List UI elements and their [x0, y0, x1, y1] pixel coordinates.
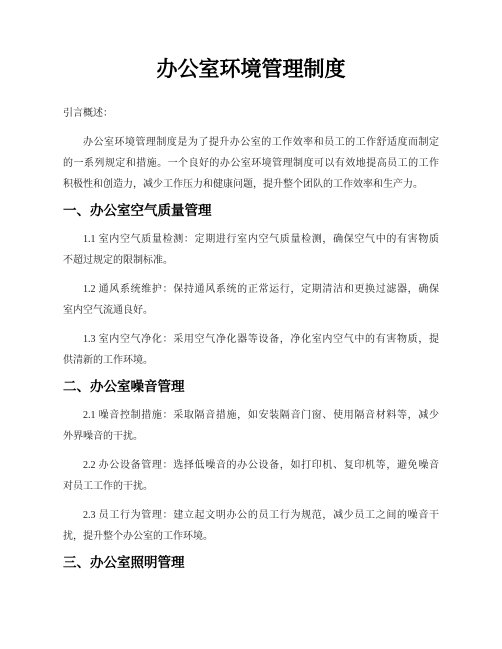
- intro-paragraph: 办公室环境管理制度是为了提升办公室的工作效率和员工的工作舒适度而制定 的一系列规…: [63, 132, 439, 195]
- paragraph-line: 2.2 办公设备管理：选择低噪音的办公设备，如打印机、复印机等，避免噪音: [63, 455, 439, 476]
- paragraph-2-1: 2.1 噪音控制措施：采取隔音措施，如安装隔音门窗、使用隔音材料等，减少 外界噪…: [63, 405, 439, 447]
- section-heading-air-quality: 一、办公室空气质量管理: [63, 201, 439, 221]
- paragraph-line: 2.3 员工行为管理：建立起文明办公的员工行为规范，减少员工之间的噪音干: [63, 505, 439, 526]
- paragraph-1-2: 1.2 通风系统维护：保持通风系统的正常运行，定期清洁和更换过滤器，确保 室内空…: [63, 279, 439, 321]
- paragraph-line: 供清新的工作环境。: [63, 350, 439, 371]
- paragraph-line: 1.1 室内空气质量检测：定期进行室内空气质量检测，确保空气中的有害物质: [63, 229, 439, 250]
- paragraph-1-1: 1.1 室内空气质量检测：定期进行室内空气质量检测，确保空气中的有害物质 不超过…: [63, 229, 439, 271]
- paragraph-line: 的一系列规定和措施。一个良好的办公室环境管理制度可以有效地提高员工的工作: [63, 153, 439, 174]
- section-heading-lighting: 三、办公室照明管理: [63, 553, 439, 573]
- paragraph-line: 1.2 通风系统维护：保持通风系统的正常运行，定期清洁和更换过滤器，确保: [63, 279, 439, 300]
- paragraph-line: 不超过规定的限制标准。: [63, 250, 439, 271]
- paragraph-2-2: 2.2 办公设备管理：选择低噪音的办公设备，如打印机、复印机等，避免噪音 对员工…: [63, 455, 439, 497]
- intro-label: 引言概述：: [63, 103, 439, 124]
- paragraph-line: 对员工工作的干扰。: [63, 476, 439, 497]
- paragraph-line: 外界噪音的干扰。: [63, 426, 439, 447]
- paragraph-line: 1.3 室内空气净化：采用空气净化器等设备，净化室内空气中的有害物质，提: [63, 329, 439, 350]
- document-title: 办公室环境管理制度: [63, 55, 439, 85]
- paragraph-line: 室内空气流通良好。: [63, 300, 439, 321]
- paragraph-line: 积极性和创造力，减少工作压力和健康问题，提升整个团队的工作效率和生产力。: [63, 174, 439, 195]
- paragraph-line: 2.1 噪音控制措施：采取隔音措施，如安装隔音门窗、使用隔音材料等，减少: [63, 405, 439, 426]
- paragraph-line: 办公室环境管理制度是为了提升办公室的工作效率和员工的工作舒适度而制定: [63, 132, 439, 153]
- paragraph-1-3: 1.3 室内空气净化：采用空气净化器等设备，净化室内空气中的有害物质，提 供清新…: [63, 329, 439, 371]
- document-page: 办公室环境管理制度 引言概述： 办公室环境管理制度是为了提升办公室的工作效率和员…: [0, 0, 502, 649]
- section-heading-noise: 二、办公室噪音管理: [63, 377, 439, 397]
- paragraph-line: 扰，提升整个办公室的工作环境。: [63, 526, 439, 547]
- paragraph-2-3: 2.3 员工行为管理：建立起文明办公的员工行为规范，减少员工之间的噪音干 扰，提…: [63, 505, 439, 547]
